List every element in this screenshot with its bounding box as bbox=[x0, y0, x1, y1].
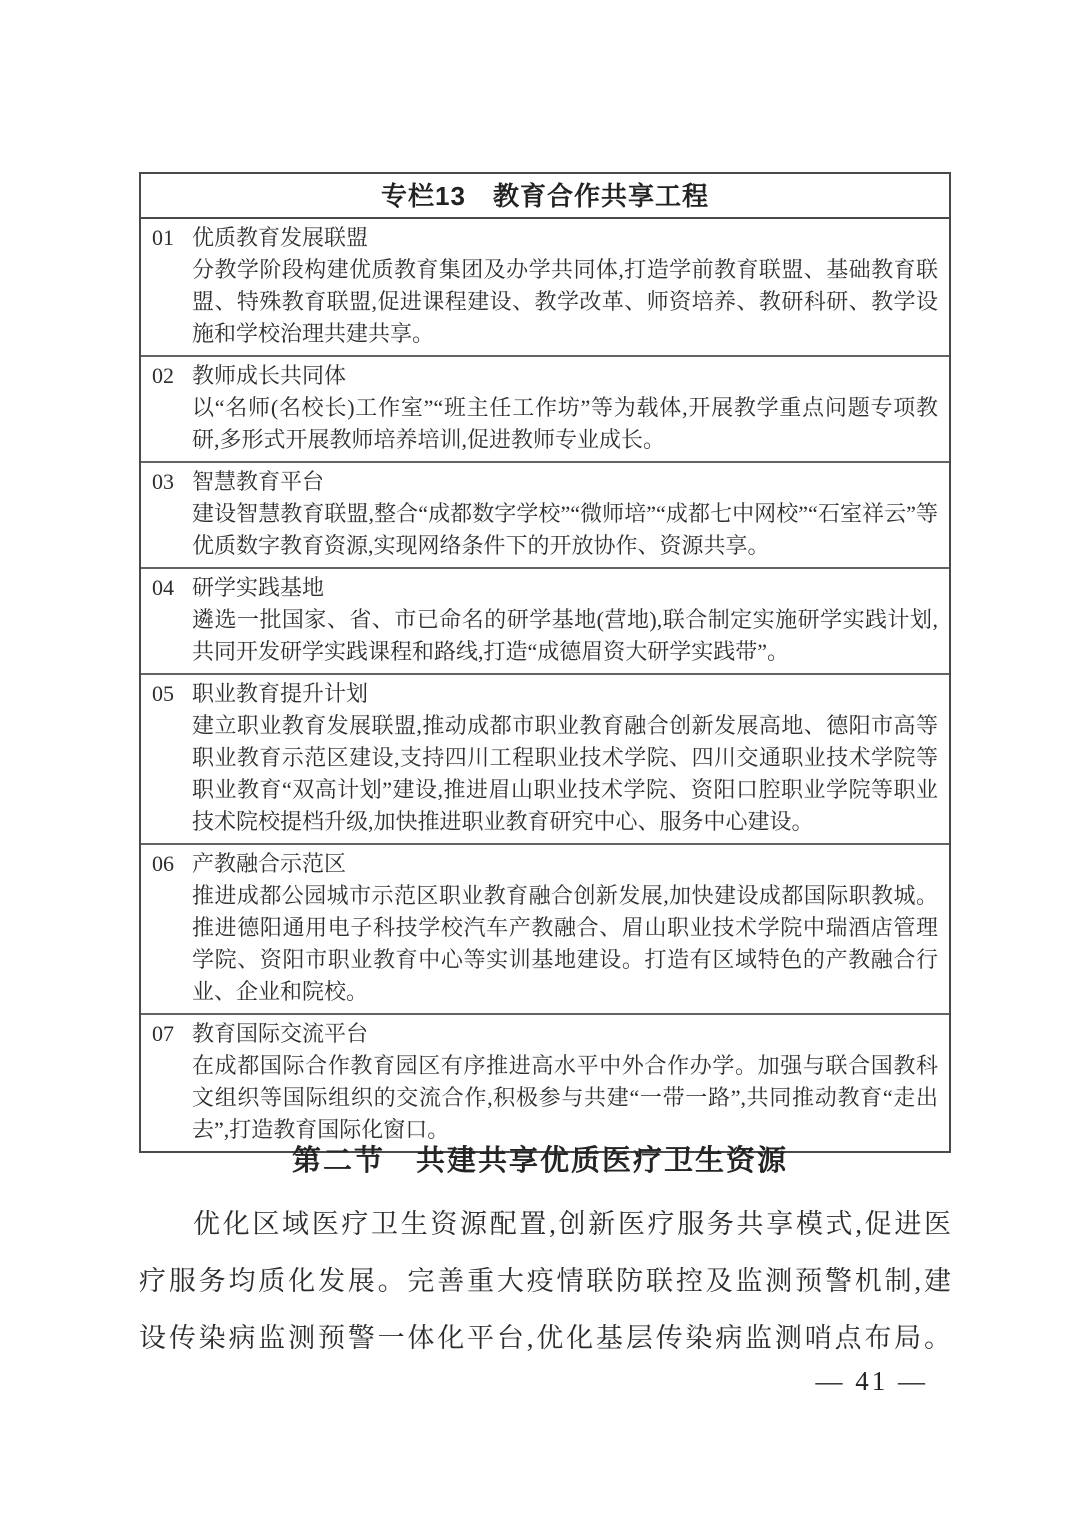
table-row: 05 职业教育提升计划 建立职业教育发展联盟,推动成都市职业教育融合创新发展高地… bbox=[141, 675, 949, 845]
column-box-title: 专栏13 教育合作共享工程 bbox=[141, 174, 949, 219]
row-description: 以“名师(名校长)工作室”“班主任工作坊”等为载体,开展教学重点问题专项教研,多… bbox=[192, 392, 938, 456]
table-row: 03 智慧教育平台 建设智慧教育联盟,整合“成都数字学校”“微师培”“成都七中网… bbox=[141, 463, 949, 569]
row-title: 智慧教育平台 bbox=[192, 466, 938, 498]
row-description: 建立职业教育发展联盟,推动成都市职业教育融合创新发展高地、德阳市高等职业教育示范… bbox=[192, 710, 938, 838]
row-description: 建设智慧教育联盟,整合“成都数字学校”“微师培”“成都七中网校”“石室祥云”等优… bbox=[192, 498, 938, 562]
row-description: 推进成都公园城市示范区职业教育融合创新发展,加快建设成都国际职教城。推进德阳通用… bbox=[192, 880, 938, 1008]
row-title: 产教融合示范区 bbox=[192, 848, 938, 880]
table-row: 07 教育国际交流平台 在成都国际合作教育园区有序推进高水平中外合作办学。加强与… bbox=[141, 1015, 949, 1151]
document-page: 专栏13 教育合作共享工程 01 优质教育发展联盟 分教学阶段构建优质教育集团及… bbox=[0, 0, 1080, 1527]
table-row: 02 教师成长共同体 以“名师(名校长)工作室”“班主任工作坊”等为载体,开展教… bbox=[141, 357, 949, 463]
row-title: 研学实践基地 bbox=[192, 572, 938, 604]
page-number: — 41 — bbox=[816, 1366, 929, 1397]
row-number: 03 bbox=[141, 466, 192, 562]
row-number: 02 bbox=[141, 360, 192, 456]
table-row: 06 产教融合示范区 推进成都公园城市示范区职业教育融合创新发展,加快建设成都国… bbox=[141, 845, 949, 1015]
row-description: 遴选一批国家、省、市已命名的研学基地(营地),联合制定实施研学实践计划,共同开发… bbox=[192, 604, 938, 668]
row-description: 在成都国际合作教育园区有序推进高水平中外合作办学。加强与联合国教科文组织等国际组… bbox=[192, 1050, 938, 1146]
row-number: 07 bbox=[141, 1018, 192, 1146]
row-title: 职业教育提升计划 bbox=[192, 678, 938, 710]
row-number: 05 bbox=[141, 678, 192, 838]
row-title: 教育国际交流平台 bbox=[192, 1018, 938, 1050]
row-title: 教师成长共同体 bbox=[192, 360, 938, 392]
paragraph-line: 疗服务均质化发展。完善重大疫情联防联控及监测预警机制,建 bbox=[139, 1253, 951, 1310]
paragraph-line: 优化区域医疗卫生资源配置,创新医疗服务共享模式,促进医 bbox=[139, 1196, 951, 1253]
row-number: 04 bbox=[141, 572, 192, 668]
body-paragraph: 优化区域医疗卫生资源配置,创新医疗服务共享模式,促进医 疗服务均质化发展。完善重… bbox=[139, 1196, 951, 1367]
row-number: 06 bbox=[141, 848, 192, 1008]
row-number: 01 bbox=[141, 222, 192, 350]
row-title: 优质教育发展联盟 bbox=[192, 222, 938, 254]
row-description: 分教学阶段构建优质教育集团及办学共同体,打造学前教育联盟、基础教育联盟、特殊教育… bbox=[192, 254, 938, 350]
table-row: 04 研学实践基地 遴选一批国家、省、市已命名的研学基地(营地),联合制定实施研… bbox=[141, 569, 949, 675]
paragraph-line: 设传染病监测预警一体化平台,优化基层传染病监测哨点布局。 bbox=[139, 1310, 951, 1367]
column-box-13: 专栏13 教育合作共享工程 01 优质教育发展联盟 分教学阶段构建优质教育集团及… bbox=[139, 172, 951, 1153]
table-row: 01 优质教育发展联盟 分教学阶段构建优质教育集团及办学共同体,打造学前教育联盟… bbox=[141, 219, 949, 357]
section-heading: 第二节 共建共享优质医疗卫生资源 bbox=[0, 1138, 1080, 1179]
